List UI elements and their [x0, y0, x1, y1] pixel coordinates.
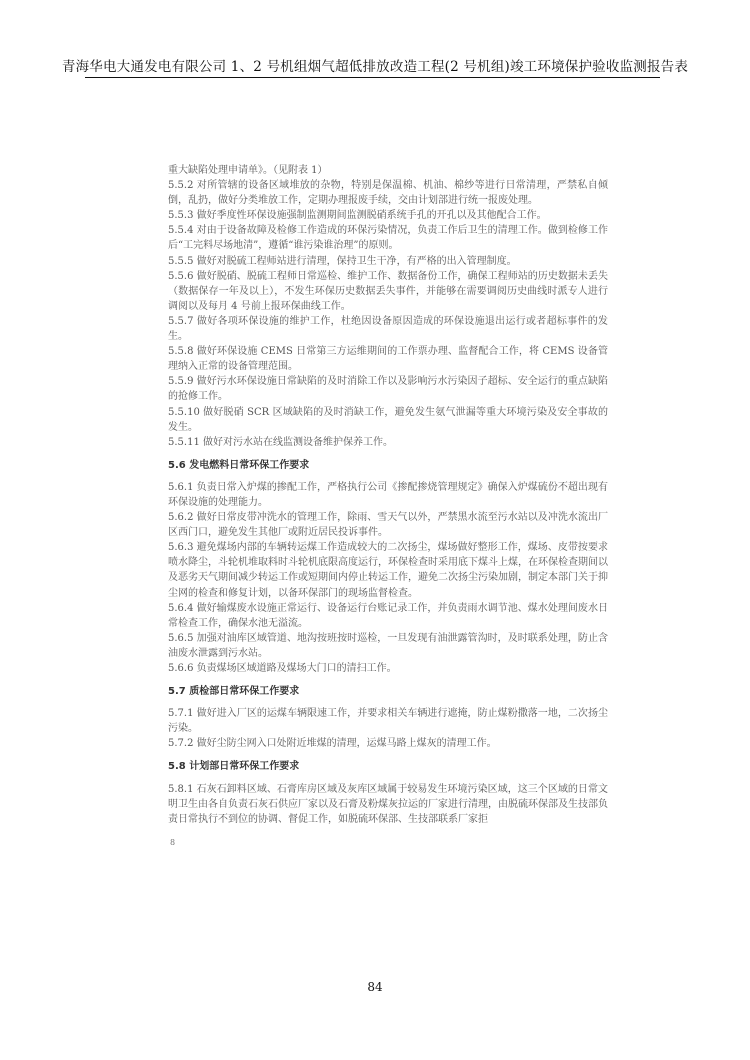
- paragraph: 5.8.1 石灰石卸料区域、石膏库房区域及灰库区域属于较易发生环境污染区域，这三…: [168, 782, 608, 827]
- paragraph: 5.6.5 加强对油库区域管道、地沟按班按时巡检，一旦发现有油泄露管沟时，及时联…: [168, 631, 608, 661]
- paragraph: 重大缺陷处理申请单》。（见附表 1）: [168, 163, 608, 178]
- page-number: 84: [0, 980, 750, 994]
- paragraph: 5.6.4 做好输煤废水设施正常运行、设备运行台账记录工作，并负责雨水调节池、煤…: [168, 601, 608, 631]
- paragraph: 5.6.1 负责日常入炉煤的掺配工作，严格执行公司《掺配掺烧管理规定》确保入炉煤…: [168, 480, 608, 510]
- paragraph: 5.5.9 做好污水环保设施日常缺陷的及时消除工作以及影响污水污染因子超标、安全…: [168, 374, 608, 404]
- paragraph: 5.6.2 做好日常皮带冲洗水的管理工作，除雨、雪天气以外，严禁黑水流至污水站以…: [168, 510, 608, 540]
- paragraph: 5.5.5 做好对脱硫工程师站进行清理，保持卫生干净，有严格的出入管理制度。: [168, 254, 608, 269]
- paragraph: 5.5.3 做好季度性环保设施强制监测期间监测脱硝系统手孔的开孔以及其他配合工作…: [168, 208, 608, 223]
- paragraph: 5.7.2 做好尘防尘网入口处附近堆煤的清理，运煤马路上煤灰的清理工作。: [168, 736, 608, 751]
- section-heading: 5.7 质检部日常环保工作要求: [168, 684, 608, 699]
- scanned-document-body: 重大缺陷处理申请单》。（见附表 1）5.5.2 对所管辖的设备区域堆放的杂物，特…: [168, 163, 608, 827]
- section-heading: 5.8 计划部日常环保工作要求: [168, 759, 608, 774]
- embedded-page-number: 8: [170, 838, 175, 847]
- paragraph: 5.6.3 避免煤场内部的车辆转运煤工作造成较大的二次扬尘，煤场做好整形工作，煤…: [168, 540, 608, 600]
- paragraph: 5.7.1 做好进入厂区的运煤车辆限速工作，并要求相关车辆进行遮掩，防止煤粉撒落…: [168, 706, 608, 736]
- paragraph: 5.5.2 对所管辖的设备区域堆放的杂物，特别是保温棉、机油、棉纱等进行日常清理…: [168, 178, 608, 208]
- paragraph: 5.5.4 对由于设备故障及检修工作造成的环保污染情况，负责工作后卫生的清理工作…: [168, 223, 608, 253]
- paragraph: 5.5.7 做好各项环保设施的维护工作，杜绝因设备原因造成的环保设施退出运行或者…: [168, 314, 608, 344]
- paragraph: 5.5.11 做好对污水站在线监测设备维护保养工作。: [168, 435, 608, 450]
- section-heading: 5.6 发电燃料日常环保工作要求: [168, 458, 608, 473]
- paragraph: 5.5.8 做好环保设施 CEMS 日常第三方运维期间的工作票办理、监督配合工作…: [168, 344, 608, 374]
- paragraph: 5.6.6 负责煤场区域道路及煤场大门口的清扫工作。: [168, 661, 608, 676]
- header-divider: [85, 77, 660, 78]
- paragraph: 5.5.6 做好脱硝、脱硫工程师日常巡检、维护工作、数据备份工作，确保工程师站的…: [168, 269, 608, 314]
- page-header-title: 青海华电大通发电有限公司 1、2 号机组烟气超低排放改造工程(2 号机组)竣工环…: [0, 55, 750, 75]
- paragraph: 5.5.10 做好脱硝 SCR 区域缺陷的及时消缺工作，避免发生氨气泄漏等重大环…: [168, 405, 608, 435]
